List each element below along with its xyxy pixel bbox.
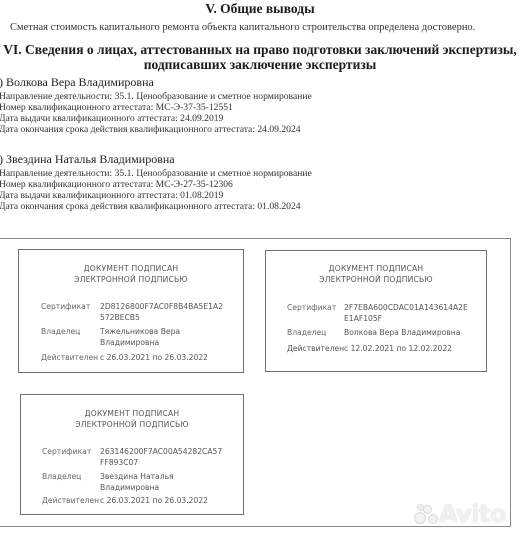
- section-5-text: Сметная стоимость капитального ремонта о…: [10, 22, 475, 33]
- section-6-title-line2: подписавших заключение экспертизы: [0, 57, 520, 73]
- person-certificate-number: Номер квалификационного аттестата: МС-Э-…: [0, 102, 233, 114]
- signature-card: ДОКУМЕНТ ПОДПИСАН ЭЛЕКТРОННОЙ ПОДПИСЬЮ С…: [20, 394, 244, 515]
- person-name: ) Звездина Наталья Владимировна: [0, 152, 175, 167]
- signature-card: ДОКУМЕНТ ПОДПИСАН ЭЛЕКТРОННОЙ ПОДПИСЬЮ С…: [265, 250, 487, 372]
- certificate-label: Сертификат: [287, 303, 336, 312]
- valid-label: Действителен: [41, 353, 98, 362]
- signature-title-line2: ЭЛЕКТРОННОЙ ПОДПИСЬЮ: [266, 275, 486, 286]
- signature-card: ДОКУМЕНТ ПОДПИСАН ЭЛЕКТРОННОЙ ПОДПИСЬЮ С…: [18, 249, 244, 373]
- certificate-value: 2F7EBA600CDAC01A143614A2EE1AF105F: [344, 302, 479, 324]
- valid-value: с 26.03.2021 по 26.03.2022: [100, 495, 235, 506]
- certificate-value: 2D8126800F7AC0F8B4BA5E1A2572BECB5: [100, 301, 235, 323]
- person-name: ) Волкова Вера Владимировна: [0, 75, 154, 90]
- signature-title-line1: ДОКУМЕНТ ПОДПИСАН: [19, 264, 243, 275]
- avito-watermark: Avito: [415, 500, 506, 528]
- valid-value: с 12.02.2021 по 12.02.2022: [344, 343, 479, 354]
- avito-logo-icon: [415, 504, 437, 524]
- person-issue-date: Дата выдачи квалификационного аттестата:…: [0, 113, 223, 125]
- signature-title-line2: ЭЛЕКТРОННОЙ ПОДПИСЬЮ: [19, 275, 243, 286]
- owner-label: Владелец: [287, 328, 326, 337]
- certificate-value: 263146200F7AC00A54282CA57FF893C07: [100, 446, 235, 468]
- person-issue-date: Дата выдачи квалификационного аттестата:…: [0, 190, 223, 202]
- valid-label: Действителен: [42, 496, 99, 505]
- owner-value: Тяжельникова ВераВладимировна: [100, 326, 235, 348]
- owner-label: Владелец: [41, 327, 80, 336]
- section-5-title: V. Общие выводы: [0, 1, 520, 17]
- person-activity: Направление деятельности: 35.1. Ценообра…: [0, 91, 312, 103]
- certificate-label: Сертификат: [41, 302, 90, 311]
- owner-label: Владелец: [42, 472, 81, 481]
- person-activity: Направление деятельности: 35.1. Ценообра…: [0, 168, 312, 180]
- valid-value: с 26.03.2021 по 26.03.2022: [100, 352, 235, 363]
- person-expiry-date: Дата окончания срока действия квалификац…: [0, 201, 301, 213]
- avito-watermark-text: Avito: [439, 500, 506, 528]
- signature-title-line1: ДОКУМЕНТ ПОДПИСАН: [21, 409, 243, 420]
- signature-title-line1: ДОКУМЕНТ ПОДПИСАН: [266, 264, 486, 275]
- owner-value: Волкова Вера Владимировна: [344, 327, 484, 338]
- certificate-label: Сертификат: [42, 447, 91, 456]
- owner-value: Звездина НатальяВладимировна: [100, 471, 235, 493]
- valid-label: Действителен: [287, 344, 344, 353]
- person-certificate-number: Номер квалификационного аттестата: МС-Э-…: [0, 179, 233, 191]
- person-expiry-date: Дата окончания срока действия квалификац…: [0, 124, 301, 136]
- signature-title-line2: ЭЛЕКТРОННОЙ ПОДПИСЬЮ: [21, 420, 243, 431]
- section-6-title-line1: VI. Сведения о лицах, аттестованных на п…: [0, 42, 520, 58]
